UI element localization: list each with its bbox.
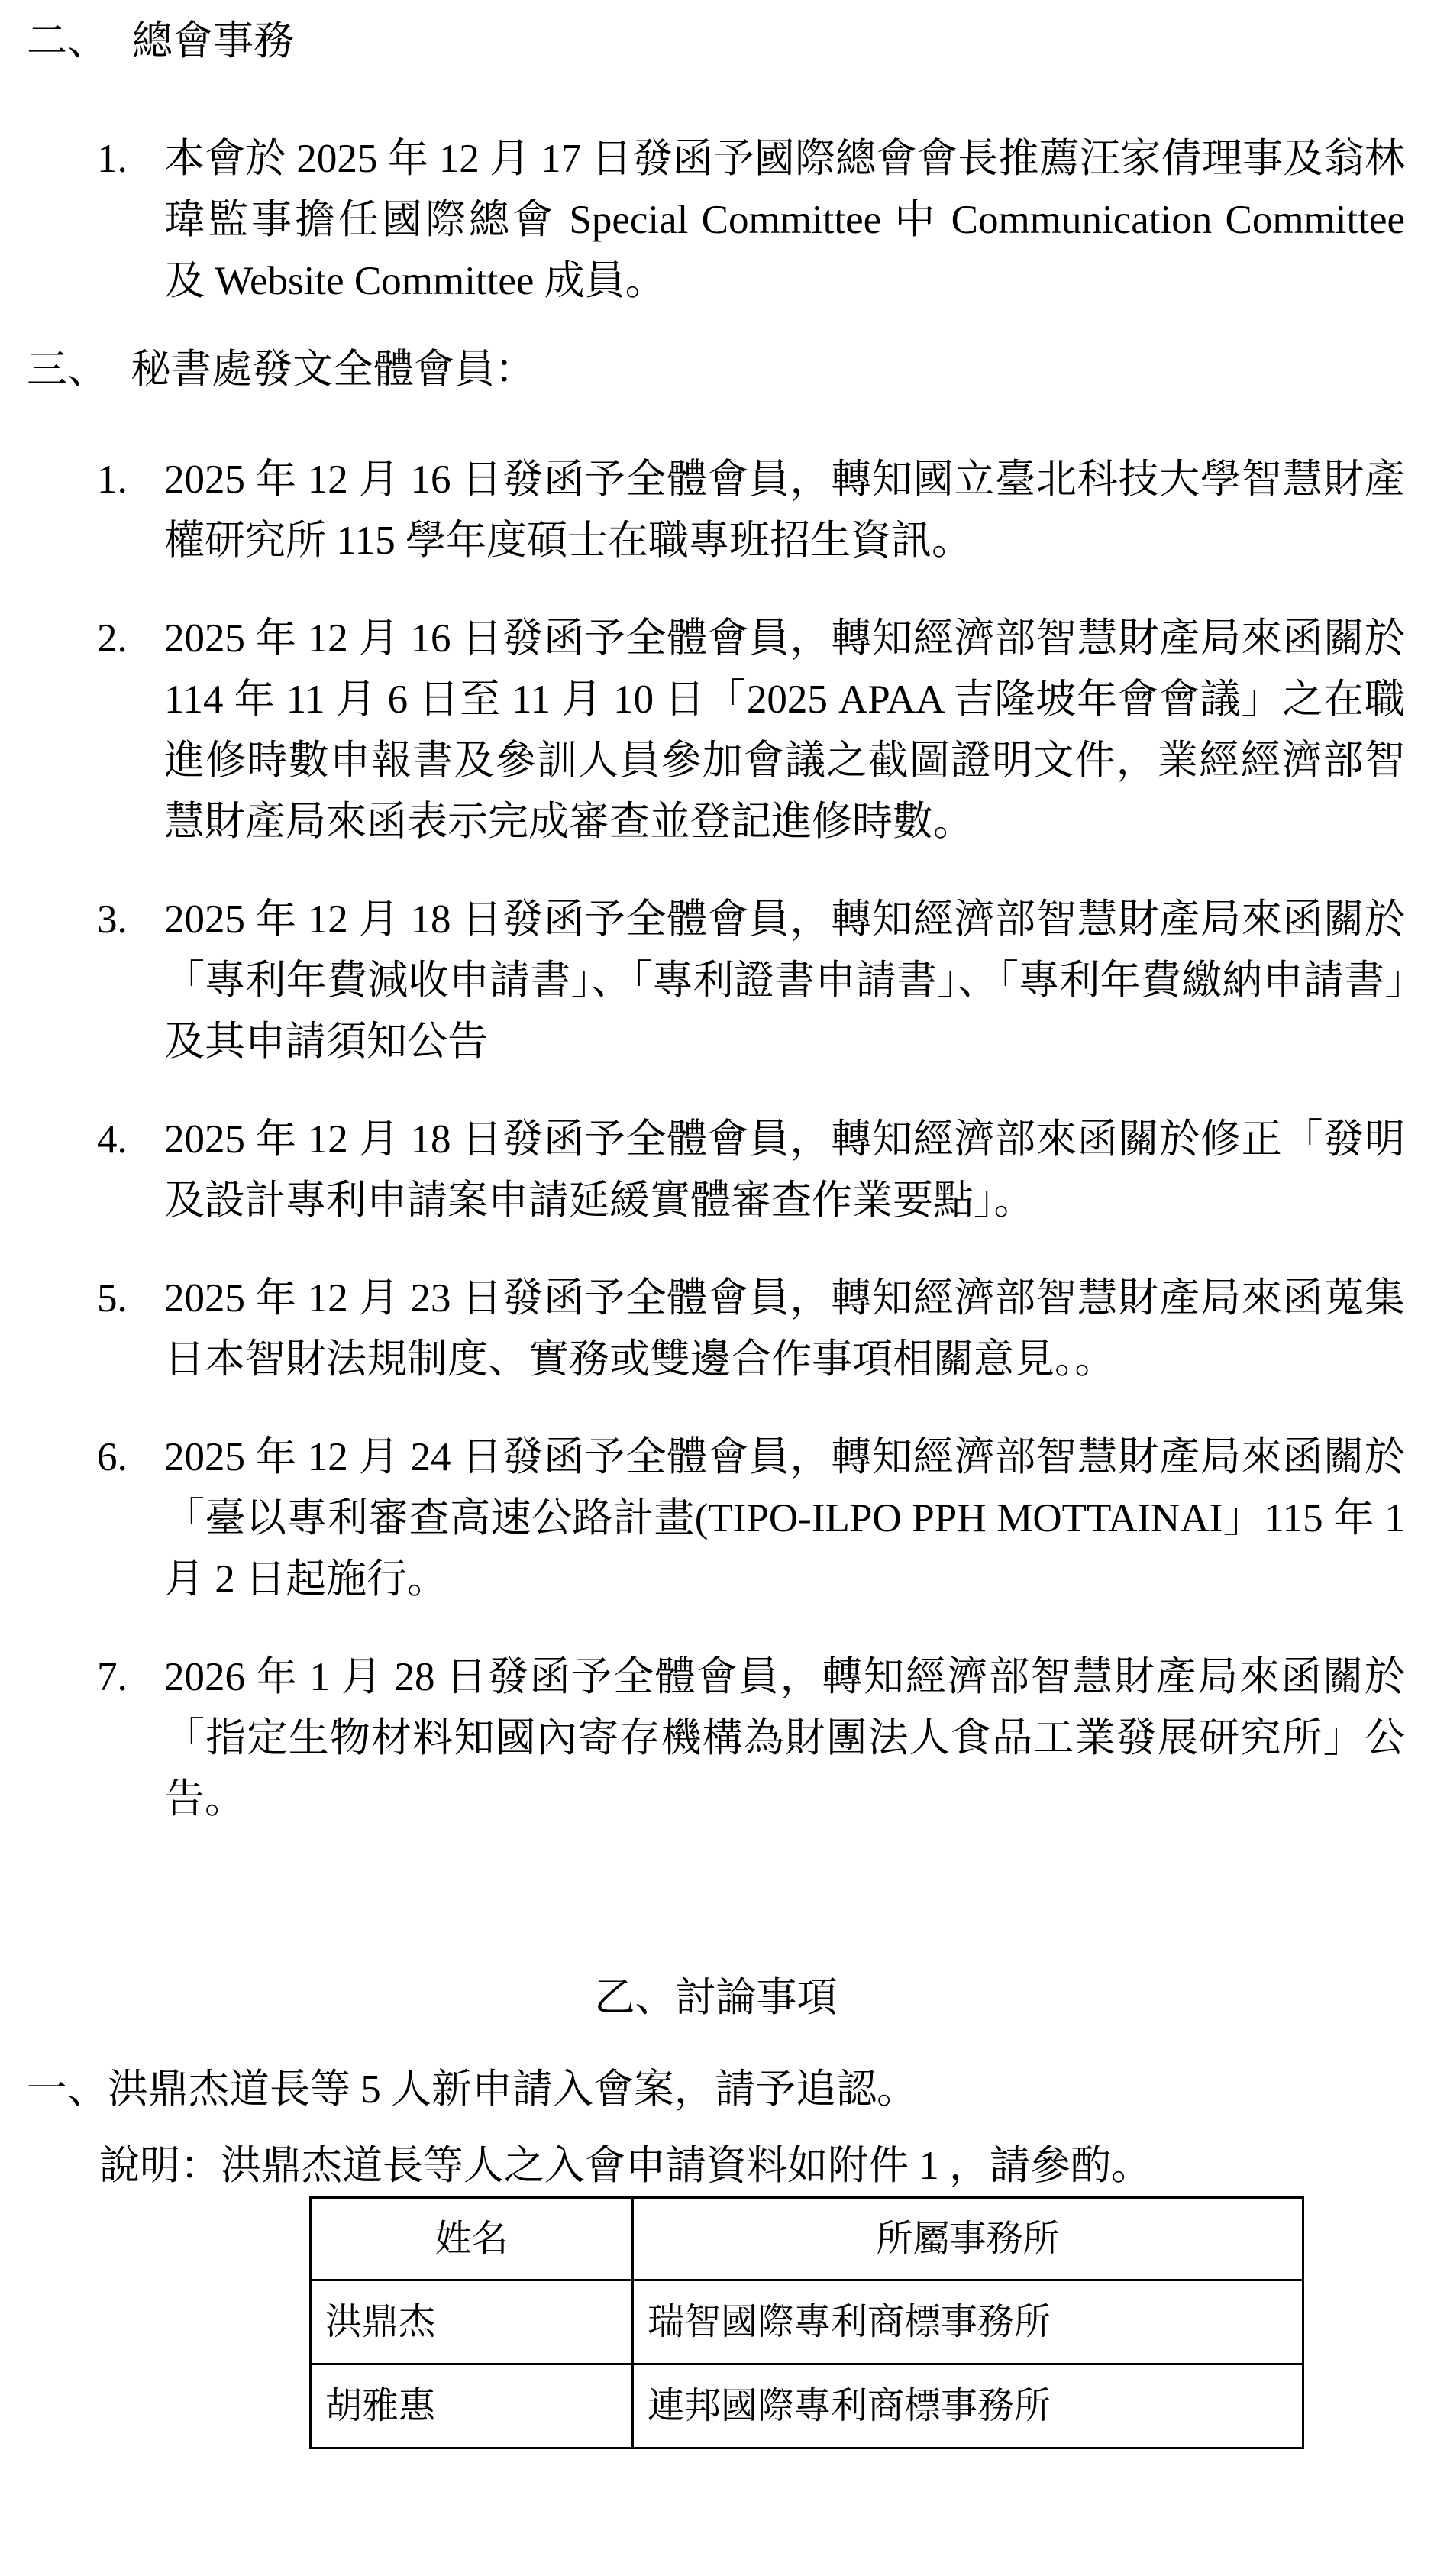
item-text: 2025 年 12 月 16 日發函予全體會員，轉知國立臺北科技大學智慧財產權研…	[164, 457, 1405, 563]
list-item: 5. 2025 年 12 月 23 日發函予全體會員，轉知經濟部智慧財產局來函蒐…	[164, 1268, 1405, 1390]
item-text: 2025 年 12 月 16 日發函予全體會員，轉知經濟部智慧財產局來函關於 1…	[164, 616, 1405, 844]
applicant-firm-cell: 連邦國際專利商標事務所	[633, 2364, 1303, 2448]
item-text: 2025 年 12 月 23 日發函予全體會員，轉知經濟部智慧財產局來函蒐集日本…	[164, 1276, 1405, 1382]
table-header-name: 姓名	[311, 2198, 633, 2280]
item-number: 5.	[97, 1268, 164, 1329]
item-text: 2025 年 12 月 18 日發函予全體會員，轉知經濟部來函關於修正「發明及設…	[164, 1117, 1405, 1223]
item-text: 2026 年 1 月 28 日發函予全體會員，轉知經濟部智慧財產局來函關於「指定…	[164, 1655, 1405, 1821]
list-item: 1. 2025 年 12 月 16 日發函予全體會員，轉知國立臺北科技大學智慧財…	[164, 449, 1405, 571]
table-row: 胡雅惠 連邦國際專利商標事務所	[311, 2364, 1303, 2448]
section-title: 秘書處發文全體會員：	[131, 347, 535, 392]
explanation-line: 說明：洪鼎杰道長等人之入會申請資料如附件 1 ，請參酌。	[99, 2135, 1405, 2196]
item-text: 2025 年 12 月 24 日發函予全體會員，轉知經濟部智慧財產局來函關於「臺…	[164, 1435, 1405, 1602]
item-number: 1.	[97, 449, 164, 510]
item-number: 6.	[97, 1427, 164, 1488]
item-number: 4.	[97, 1109, 164, 1170]
section-label: 三、	[27, 347, 108, 392]
list-item: 4. 2025 年 12 月 18 日發函予全體會員，轉知經濟部來函關於修正「發…	[164, 1109, 1405, 1231]
applicants-table: 姓名 所屬事務所 洪鼎杰 瑞智國際專利商標事務所 胡雅惠 連邦國際專利商標事務所	[309, 2196, 1304, 2449]
item-text: 本會於 2025 年 12 月 17 日發函予國際總會會長推薦汪家倩理事及翁林瑋…	[164, 137, 1405, 303]
item-number: 3.	[97, 889, 164, 950]
applicant-firm-cell: 瑞智國際專利商標事務所	[633, 2280, 1303, 2364]
item-number: 1.	[97, 128, 164, 189]
applicants-table-body: 洪鼎杰 瑞智國際專利商標事務所 胡雅惠 連邦國際專利商標事務所	[311, 2280, 1303, 2448]
item-number: 2.	[97, 608, 164, 669]
section-heading-general-affairs: 二、總會事務	[27, 11, 1405, 72]
section-heading-secretariat: 三、秘書處發文全體會員：	[27, 339, 1405, 400]
list-item: 7. 2026 年 1 月 28 日發函予全體會員，轉知經濟部智慧財產局來函關於…	[164, 1647, 1405, 1830]
table-header-row: 姓名 所屬事務所	[311, 2198, 1303, 2280]
document-page: 二、總會事務 1. 本會於 2025 年 12 月 17 日發函予國際總會會長推…	[0, 0, 1447, 2576]
list-item: 1. 本會於 2025 年 12 月 17 日發函予國際總會會長推薦汪家倩理事及…	[164, 128, 1405, 312]
applicant-name-cell: 洪鼎杰	[311, 2280, 633, 2364]
section-label: 二、	[27, 19, 108, 63]
section-title: 總會事務	[132, 19, 294, 63]
list-item: 6. 2025 年 12 月 24 日發函予全體會員，轉知經濟部智慧財產局來函關…	[164, 1427, 1405, 1610]
list-item: 3. 2025 年 12 月 18 日發函予全體會員，轉知經濟部智慧財產局來函關…	[164, 889, 1405, 1072]
motion-label: 一、	[27, 2067, 108, 2112]
table-header-firm: 所屬事務所	[633, 2198, 1303, 2280]
applicants-table-head: 姓名 所屬事務所	[311, 2198, 1303, 2280]
table-row: 洪鼎杰 瑞智國際專利商標事務所	[311, 2280, 1303, 2364]
discussion-heading: 乙、討論事項	[27, 1967, 1405, 2028]
secretariat-item-list: 1. 2025 年 12 月 16 日發函予全體會員，轉知國立臺北科技大學智慧財…	[27, 449, 1405, 1830]
list-item: 2. 2025 年 12 月 16 日發函予全體會員，轉知經濟部智慧財產局來函關…	[164, 608, 1405, 852]
item-text: 2025 年 12 月 18 日發函予全體會員，轉知經濟部智慧財產局來函關於「專…	[164, 897, 1405, 1064]
motion-line: 一、洪鼎杰道長等 5 人新申請入會案，請予追認。	[27, 2059, 1405, 2120]
motion-text: 洪鼎杰道長等 5 人新申請入會案，請予追認。	[108, 2067, 917, 2112]
applicant-name-cell: 胡雅惠	[311, 2364, 633, 2448]
item-number: 7.	[97, 1647, 164, 1708]
